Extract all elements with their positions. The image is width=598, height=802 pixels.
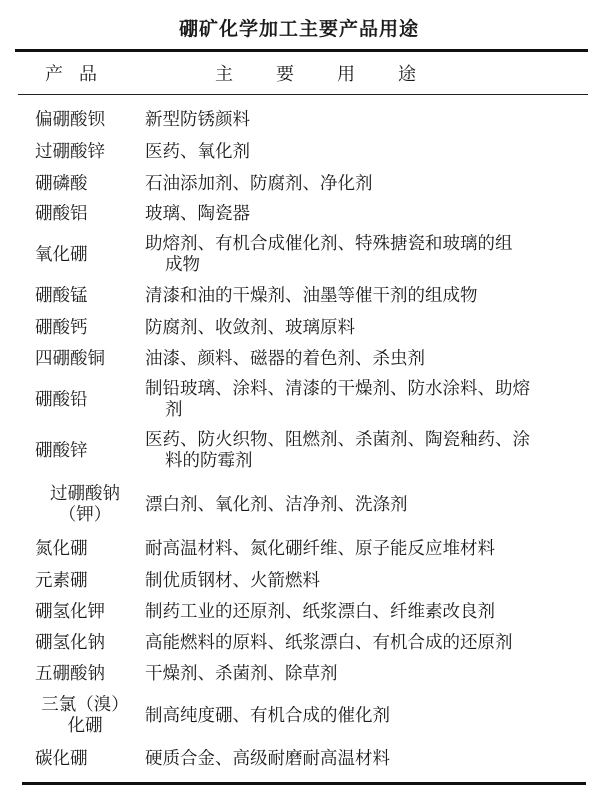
use-cell: 制高纯度硼、有机合成的催化剂 bbox=[145, 706, 585, 727]
product-cell: 硼酸钙 bbox=[35, 318, 135, 339]
product-cell: 硼酸铝 bbox=[35, 204, 135, 225]
header-product: 产品 bbox=[45, 60, 113, 86]
use-cell: 干燥剂、杀菌剂、除草剂 bbox=[145, 664, 585, 685]
use-cell: 石油添加剂、防腐剂、净化剂 bbox=[145, 174, 585, 195]
use-line: 助熔剂、有机合成催化剂、特殊搪瓷和玻璃的组 bbox=[145, 234, 513, 254]
use-cell: 制铅玻璃、涂料、清漆的干燥剂、防水涂料、助熔 剂 bbox=[145, 379, 585, 421]
use-cell: 玻璃、陶瓷器 bbox=[145, 204, 585, 225]
use-cell: 漂白剂、氧化剂、洁净剂、洗涤剂 bbox=[145, 495, 585, 516]
use-cell: 助熔剂、有机合成催化剂、特殊搪瓷和玻璃的组 成物 bbox=[145, 234, 585, 276]
use-cell: 新型防锈颜料 bbox=[145, 110, 585, 131]
header-main-use: 主要用途 bbox=[215, 60, 459, 86]
product-cell: 碳化硼 bbox=[35, 749, 135, 770]
use-cell: 防腐剂、收敛剂、玻璃原料 bbox=[145, 318, 585, 339]
product-cell: 氧化硼 bbox=[35, 245, 135, 266]
use-line-continued: 料的防霉剂 bbox=[145, 451, 585, 472]
product-cell: 过硼酸钠 （钾） bbox=[35, 484, 135, 526]
header-rule bbox=[18, 94, 588, 95]
product-line: 三氯（溴） bbox=[35, 695, 135, 716]
use-line-continued: 剂 bbox=[145, 400, 585, 421]
product-cell: 偏硼酸钡 bbox=[35, 110, 135, 131]
use-cell: 医药、防火织物、阻燃剂、杀菌剂、陶瓷釉药、涂 料的防霉剂 bbox=[145, 430, 585, 472]
use-line-continued: 成物 bbox=[145, 255, 585, 276]
use-cell: 清漆和油的干燥剂、油墨等催干剂的组成物 bbox=[145, 286, 585, 307]
use-cell: 制药工业的还原剂、纸浆漂白、纤维素改良剂 bbox=[145, 602, 585, 623]
top-rule bbox=[15, 49, 588, 52]
product-cell: 四硼酸铜 bbox=[35, 349, 135, 370]
use-line: 制铅玻璃、涂料、清漆的干燥剂、防水涂料、助熔 bbox=[145, 379, 530, 399]
product-line: 过硼酸钠 bbox=[35, 484, 135, 505]
product-cell: 硼氢化钠 bbox=[35, 633, 135, 654]
product-cell: 五硼酸钠 bbox=[35, 664, 135, 685]
use-cell: 硬质合金、高级耐磨耐高温材料 bbox=[145, 749, 585, 770]
product-cell: 过硼酸锌 bbox=[35, 142, 135, 163]
product-cell: 三氯（溴） 化硼 bbox=[35, 695, 135, 737]
product-cell: 硼酸铅 bbox=[35, 390, 135, 411]
use-cell: 油漆、颜料、磁器的着色剂、杀虫剂 bbox=[145, 349, 585, 370]
product-line-continued: 化硼 bbox=[35, 716, 135, 737]
product-cell: 硼酸锰 bbox=[35, 286, 135, 307]
bottom-rule bbox=[22, 782, 586, 785]
table-title: 硼矿化学加工主要产品用途 bbox=[0, 14, 598, 41]
product-cell: 硼酸锌 bbox=[35, 441, 135, 462]
use-cell: 制优质钢材、火箭燃料 bbox=[145, 571, 585, 592]
product-cell: 元素硼 bbox=[35, 571, 135, 592]
product-cell: 氮化硼 bbox=[35, 539, 135, 560]
product-cell: 硼磷酸 bbox=[35, 174, 135, 195]
product-line-continued: （钾） bbox=[35, 505, 135, 526]
product-cell: 硼氢化钾 bbox=[35, 602, 135, 623]
use-line: 医药、防火织物、阻燃剂、杀菌剂、陶瓷釉药、涂 bbox=[145, 430, 530, 450]
use-cell: 耐高温材料、氮化硼纤维、原子能反应堆材料 bbox=[145, 539, 585, 560]
use-cell: 高能燃料的原料、纸浆漂白、有机合成的还原剂 bbox=[145, 633, 585, 654]
use-cell: 医药、氧化剂 bbox=[145, 142, 585, 163]
